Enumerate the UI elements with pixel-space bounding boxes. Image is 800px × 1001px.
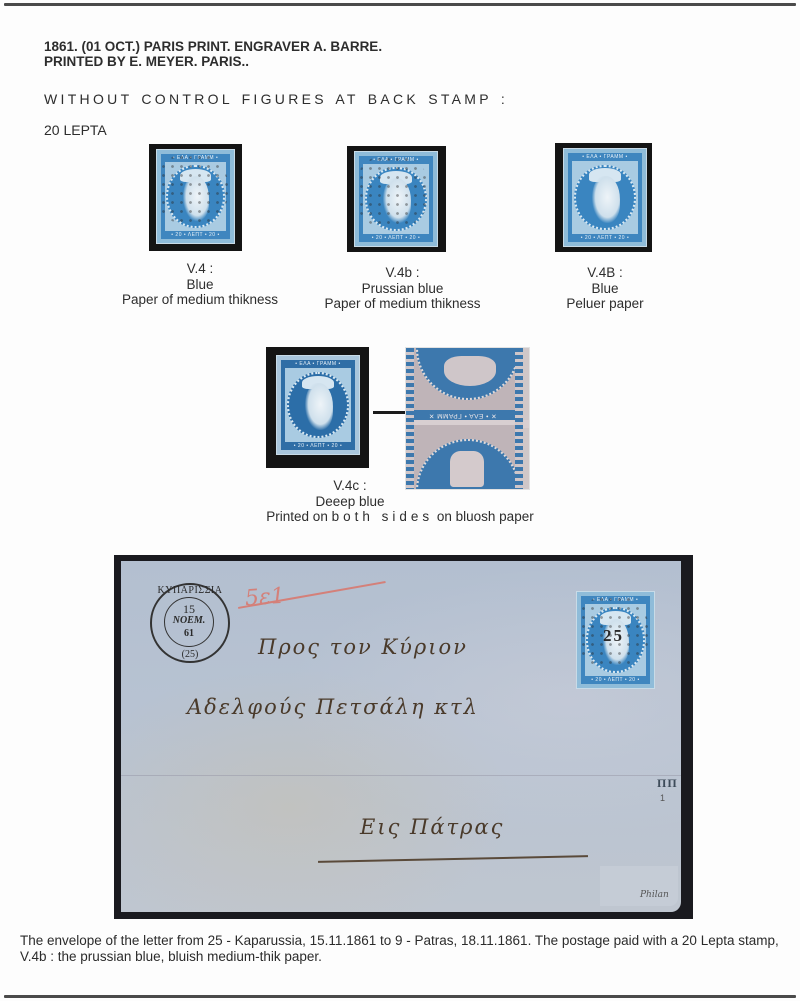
postmark-town: ΚΥΠΑΡΙΣΣΙΑ bbox=[150, 585, 230, 596]
caption-paper: Paper of medium thikness bbox=[315, 296, 490, 312]
hermes-head bbox=[592, 176, 620, 223]
stamp-top-band: • ΕΛΑ • ΓΡΑΜΜ • bbox=[281, 360, 355, 368]
postmark-year: 61 bbox=[165, 628, 213, 639]
label-patch bbox=[600, 866, 678, 906]
stamp-image-v4B: • ΕΛΑ • ΓΡΑΜΜ • • 20 • ΛΕΠΤ • 20 • bbox=[563, 148, 647, 247]
caption-id: V.4c : bbox=[150, 478, 550, 494]
hermes-head bbox=[305, 383, 333, 430]
caption-v4b: V.4b : Prussian blue Paper of medium thi… bbox=[315, 265, 490, 312]
address-line-1: Προς τον Κύριον bbox=[258, 635, 468, 659]
stamp-image-v4: • ΕΛΑ • ΓΡΑΜΜ • • 20 • ΛΕΠΤ • 20 • bbox=[156, 149, 235, 244]
envelope-description: The envelope of the letter from 25 - Kap… bbox=[20, 933, 790, 965]
stamp-bottom-band: • 20 • ΛΕΠΤ • 20 • bbox=[161, 231, 230, 239]
caption-paper: Printed on both sides on bluosh paper bbox=[250, 509, 550, 525]
page-title: 1861. (01 OCT.) PARIS PRINT. ENGRAVER A.… bbox=[44, 39, 382, 69]
reverse-print-detail: ✕ • ΕΛΑ • ΓΡΑΜΜ ✕ ✕ • 20 • ΛΕΠΤ • 20 ✕ bbox=[405, 347, 530, 490]
bottom-rule bbox=[4, 995, 796, 998]
caption-color: Blue bbox=[545, 281, 665, 297]
section-subheading: WITHOUT CONTROL FIGURES AT BACK STAMP : bbox=[44, 91, 508, 107]
kyparissia-postmark: ΚΥΠΑΡΙΣΣΙΑ 15 ΝΟΕΜ. 61 (25) bbox=[150, 583, 230, 663]
envelope-fold bbox=[121, 775, 681, 776]
caption-color: Blue bbox=[115, 277, 285, 293]
postmark-number: (25) bbox=[152, 649, 228, 660]
maker-mark: Philan bbox=[640, 890, 669, 900]
caption-paper: Paper of medium thikness bbox=[115, 292, 285, 308]
top-rule bbox=[4, 3, 796, 6]
caption-v4: V.4 : Blue Paper of medium thikness bbox=[115, 261, 285, 308]
stamp-bottom-band: • 20 • ΛΕΠΤ • 20 • bbox=[581, 676, 650, 684]
title-line-2: PRINTED BY E. MEYER. PARIS.. bbox=[44, 54, 382, 69]
red-manuscript-mark: 5ε1 bbox=[244, 584, 285, 612]
denomination-label: 20 LEPTA bbox=[44, 122, 107, 138]
postmark-month: ΝΟΕΜ. bbox=[165, 615, 213, 626]
address-line-3: Εις Πάτρας bbox=[360, 815, 504, 839]
caption-id: V.4B : bbox=[545, 265, 665, 281]
caption-color: Deeep blue bbox=[150, 494, 550, 510]
reverse-top-band: ✕ • ΕΛΑ • ΓΡΑΜΜ ✕ bbox=[410, 410, 515, 420]
caption-id: V.4 : bbox=[115, 261, 285, 277]
address-line-2: Αδελφούς Πετσάλη κτλ bbox=[187, 695, 479, 719]
stamp-bottom-band: • 20 • ΛΕΠΤ • 20 • bbox=[281, 442, 355, 450]
hermes-wing bbox=[444, 356, 496, 386]
side-marking: ΠΠ bbox=[657, 776, 678, 791]
title-line-1: 1861. (01 OCT.) PARIS PRINT. ENGRAVER A.… bbox=[44, 39, 382, 54]
stamp-image-v4b: • ΕΛΑ • ΓΡΑΜΜ • • 20 • ΛΕΠΤ • 20 • bbox=[354, 151, 438, 247]
stamp-bottom-band: • 20 • ΛΕΠΤ • 20 • bbox=[568, 234, 642, 242]
side-marking-2: 1 bbox=[660, 793, 665, 803]
stamp-image-v4c: • ΕΛΑ • ΓΡΑΜΜ • • 20 • ΛΕΠΤ • 20 • bbox=[276, 355, 360, 455]
caption-v4B: V.4B : Blue Peluer paper bbox=[545, 265, 665, 312]
caption-id: V.4b : bbox=[315, 265, 490, 281]
envelope-stamp: • ΕΛΑ • ΓΡΑΜΜ • • 20 • ΛΕΠΤ • 20 • 25 bbox=[576, 591, 655, 689]
caption-color: Prussian blue bbox=[315, 281, 490, 297]
arrow-icon bbox=[373, 411, 407, 414]
caption-v4c: V.4c : Deeep blue Printed on both sides … bbox=[250, 478, 550, 525]
stamp-bottom-band: • 20 • ΛΕΠΤ • 20 • bbox=[359, 234, 433, 242]
caption-paper: Peluer paper bbox=[545, 296, 665, 312]
cancel-number: 25 bbox=[603, 626, 624, 646]
stamp-top-band: • ΕΛΑ • ΓΡΑΜΜ • bbox=[568, 153, 642, 161]
